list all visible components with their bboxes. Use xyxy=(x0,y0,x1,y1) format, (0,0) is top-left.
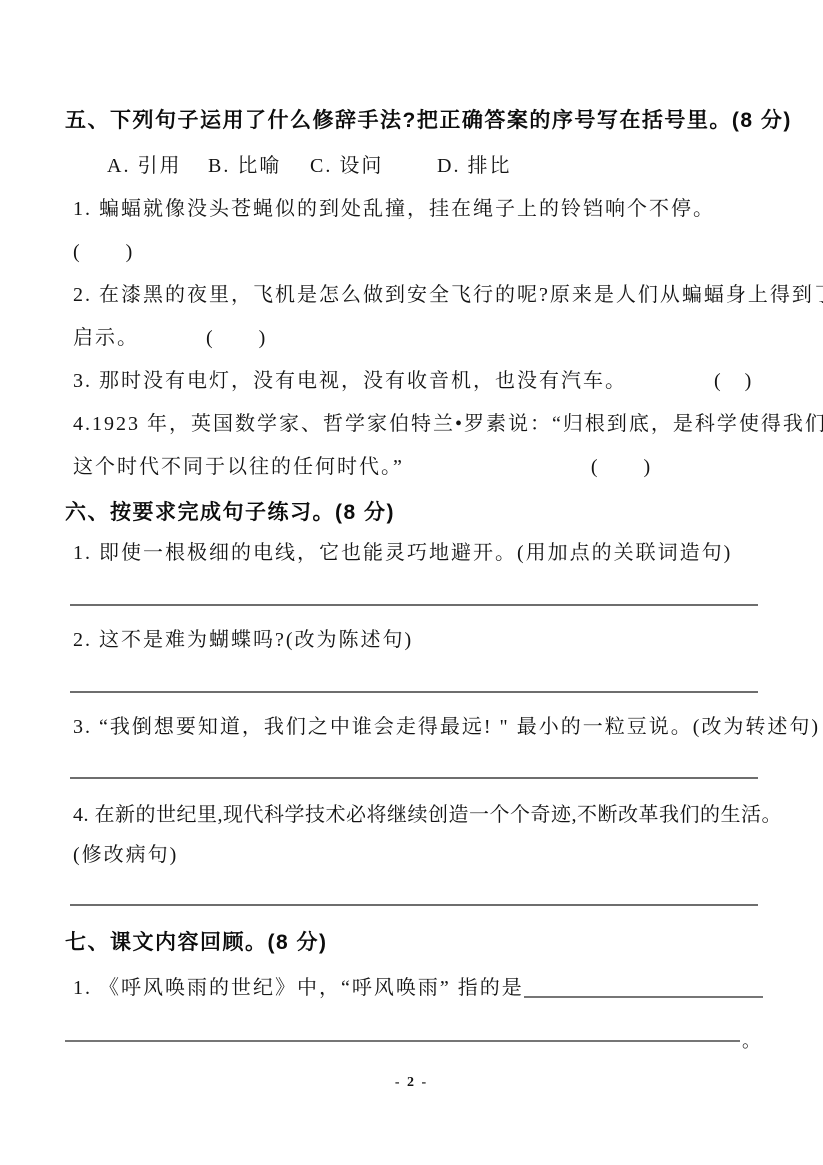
q7-1-continuation-line xyxy=(65,1040,740,1042)
q5-1-text: 1. 蝙蝠就像没头苍蝇似的到处乱撞，挂在绳子上的铃铛响个不停。 xyxy=(73,187,715,231)
q6-2-answer-line xyxy=(70,691,758,693)
sentence-period: 。 xyxy=(742,1030,762,1052)
section-7-heading: 七、课文内容回顾。(8 分) xyxy=(65,921,328,965)
q5-4-continuation-row: 这个时代不同于以往的任何时代。” ( ) xyxy=(73,445,652,489)
q7-1-blank-line xyxy=(524,996,763,998)
section-5-options: A. 引用 B. 比喻 C. 设问 D. 排比 xyxy=(107,144,757,188)
q6-3-text: 3. “我倒想要知道，我们之中谁会走得最远! " 最小的一粒豆说。(改为转述句) xyxy=(73,705,820,749)
q7-1-continuation-row: 。 xyxy=(65,1008,763,1052)
q5-1-brackets-row: ( ) xyxy=(73,230,134,274)
q6-2-text: 2. 这不是难为蝴蝶吗?(改为陈述句) xyxy=(73,618,413,662)
q5-3-row: 3. 那时没有电灯，没有电视，没有收音机，也没有汽车。 ( ) xyxy=(73,359,753,403)
option-d: D. 排比 xyxy=(437,144,511,188)
q6-4-text: 4. 在新的世纪里,现代科学技术必将继续创造一个个奇迹,不断改革我们的生活。 xyxy=(73,793,782,837)
q5-4-continuation: 这个时代不同于以往的任何时代。” xyxy=(73,456,404,478)
q7-1-text: 1. 《呼风唤雨的世纪》中，“呼风唤雨” 指的是 xyxy=(73,966,524,1010)
q6-1-text: 1. 即使一根极细的电线，它也能灵巧地避开。(用加点的关联词造句) xyxy=(73,531,732,575)
q5-3-answer-brackets: ( ) xyxy=(714,370,753,392)
q5-2-text: 2. 在漆黑的夜里，飞机是怎么做到安全飞行的呢?原来是人们从蝙蝠身上得到了 xyxy=(73,273,823,317)
q6-3-answer-line xyxy=(70,777,758,779)
section-6-heading: 六、按要求完成句子练习。(8 分) xyxy=(65,491,395,535)
q5-4-text: 4.1923 年，英国数学家、哲学家伯特兰•罗素说：“归根到底，是科学使得我们 xyxy=(73,402,823,446)
q5-2-answer-brackets: ( ) xyxy=(206,327,267,349)
q7-1-row: 1. 《呼风唤雨的世纪》中，“呼风唤雨” 指的是 xyxy=(73,966,763,1010)
q6-1-answer-line xyxy=(70,604,758,606)
q5-4-answer-brackets: ( ) xyxy=(591,456,652,478)
option-a: A. 引用 xyxy=(107,144,181,188)
section-5-heading: 五、下列句子运用了什么修辞手法?把正确答案的序号写在括号里。(8 分) xyxy=(65,99,792,143)
option-c: C. 设问 xyxy=(310,144,383,188)
q6-4-note: (修改病句) xyxy=(73,833,178,877)
q5-2-continuation: 启示。 xyxy=(73,327,139,349)
page-number: - 2 - xyxy=(0,1068,823,1098)
option-b: B. 比喻 xyxy=(208,144,281,188)
q5-3-text: 3. 那时没有电灯，没有电视，没有收音机，也没有汽车。 xyxy=(73,370,627,392)
q5-2-continuation-row: 启示。 ( ) xyxy=(73,316,267,360)
exam-page: 五、下列句子运用了什么修辞手法?把正确答案的序号写在括号里。(8 分) A. 引… xyxy=(0,0,823,1165)
q6-4-answer-line xyxy=(70,904,758,906)
q5-1-answer-brackets: ( ) xyxy=(73,241,134,263)
